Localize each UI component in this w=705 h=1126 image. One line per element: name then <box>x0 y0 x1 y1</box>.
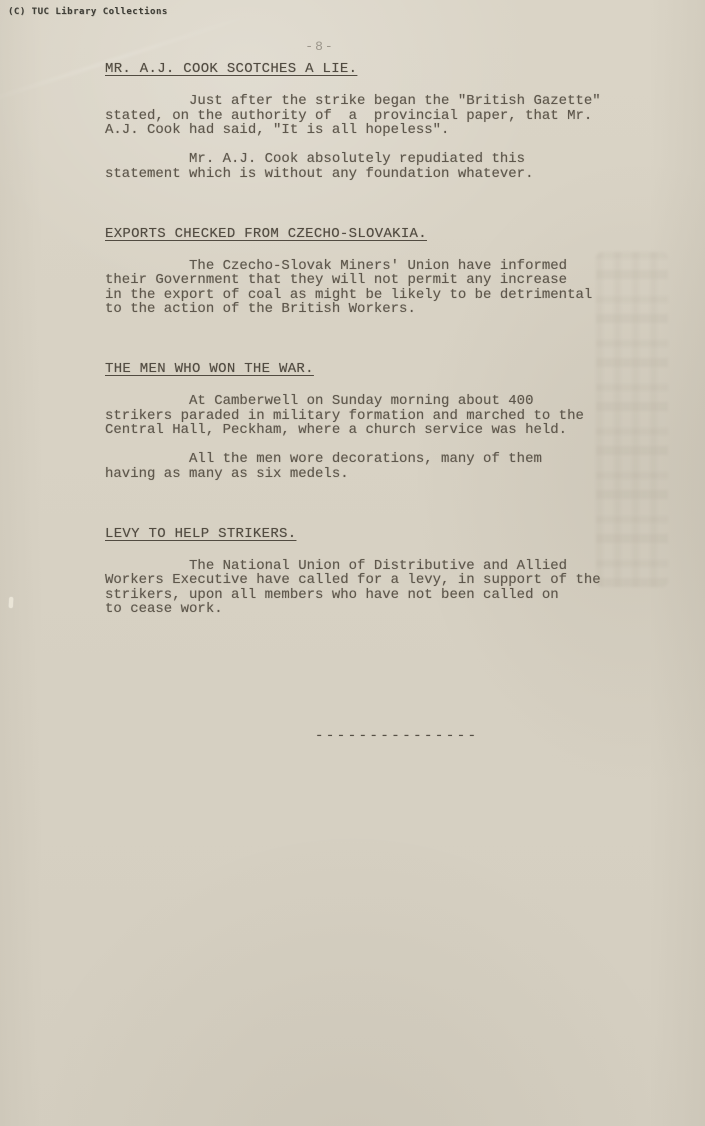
paper-speck <box>9 597 14 608</box>
section-heading: MR. A.J. COOK SCOTCHES A LIE. <box>105 62 357 77</box>
section-levy-to-help-strikers: LEVY TO HELP STRIKERS. The National Unio… <box>105 496 645 617</box>
copyright-stamp: (C) TUC Library Collections <box>8 7 168 17</box>
section-cook-scotches-a-lie: MR. A.J. COOK SCOTCHES A LIE. Just after… <box>105 62 645 181</box>
paragraph: The National Union of Distributive and A… <box>105 559 645 617</box>
section-heading: LEVY TO HELP STRIKERS. <box>105 527 296 542</box>
typewritten-page: MR. A.J. COOK SCOTCHES A LIE. Just after… <box>105 62 645 743</box>
section-men-who-won-the-war: THE MEN WHO WON THE WAR. At Camberwell o… <box>105 331 645 481</box>
section-heading: THE MEN WHO WON THE WAR. <box>105 362 314 377</box>
page-number: -8- <box>296 39 344 54</box>
paragraph: Just after the strike began the "British… <box>105 94 645 138</box>
paragraph: At Camberwell on Sunday morning about 40… <box>105 394 645 438</box>
paragraph: Mr. A.J. Cook absolutely repudiated this… <box>105 152 645 181</box>
dashed-separator: --------------- <box>315 729 645 744</box>
section-heading: EXPORTS CHECKED FROM CZECHO-SLOVAKIA. <box>105 227 427 242</box>
paragraph: The Czecho-Slovak Miners' Union have inf… <box>105 259 645 317</box>
section-exports-checked: EXPORTS CHECKED FROM CZECHO-SLOVAKIA. Th… <box>105 196 645 317</box>
paragraph: All the men wore decorations, many of th… <box>105 452 645 481</box>
bleed-through-watermark <box>596 252 668 587</box>
